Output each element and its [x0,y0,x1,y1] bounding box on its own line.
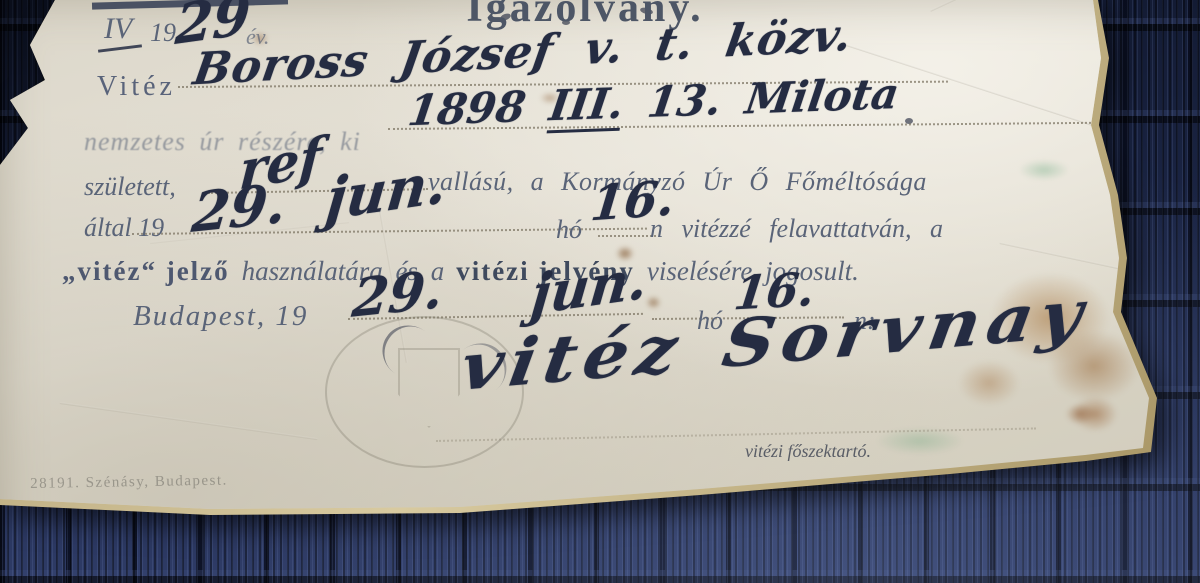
crease-line [930,0,1094,12]
photo-scene: IV 19 29 év. Igazolvány. Boross József v… [0,0,1200,583]
stain-mark [958,360,1020,406]
signature-role: vitézi főszektartó. [745,441,871,462]
birth-year: 1898 [405,82,529,135]
certificate-wrap: IV 19 29 év. Igazolvány. Boross József v… [0,0,1200,583]
line-altal: által 19 [84,213,164,243]
stain-mark-green [1020,160,1068,180]
line-vallasu: vallású, a Kormányzó Úr Ő Főméltósága [428,167,927,197]
printer-mark: 28191. Szénásy, Budapest. [30,473,228,493]
vitez-label: Vitéz [97,71,176,103]
crease-line [1000,242,1157,277]
dateline-city: Budapest, 19 [133,300,308,333]
dateline-year-handwritten: 29. [349,259,445,330]
line-szuletett: született, [84,172,176,202]
crease-line [60,402,318,440]
avatas-year-handwritten: 29. [189,170,289,245]
corner-numeral: IV [104,12,132,46]
jogosult-vitez-jelzo: „vitéz“ jelző [62,256,230,287]
avatas-month-handwritten: jun. [323,149,450,234]
stain-mark [1066,404,1094,424]
stain-mark [646,296,661,309]
line-vitezze: n vitézzé felavattatván, a [650,214,943,244]
avatas-ho-label: hó [556,215,582,245]
dotted-rule [598,235,656,237]
birth-month: III. [546,78,627,133]
certificate-paper: IV 19 29 év. Igazolvány. Boross József v… [0,0,1200,583]
birth-day-place: 13. Milota [645,69,903,127]
corner-century: 19 [150,18,176,48]
